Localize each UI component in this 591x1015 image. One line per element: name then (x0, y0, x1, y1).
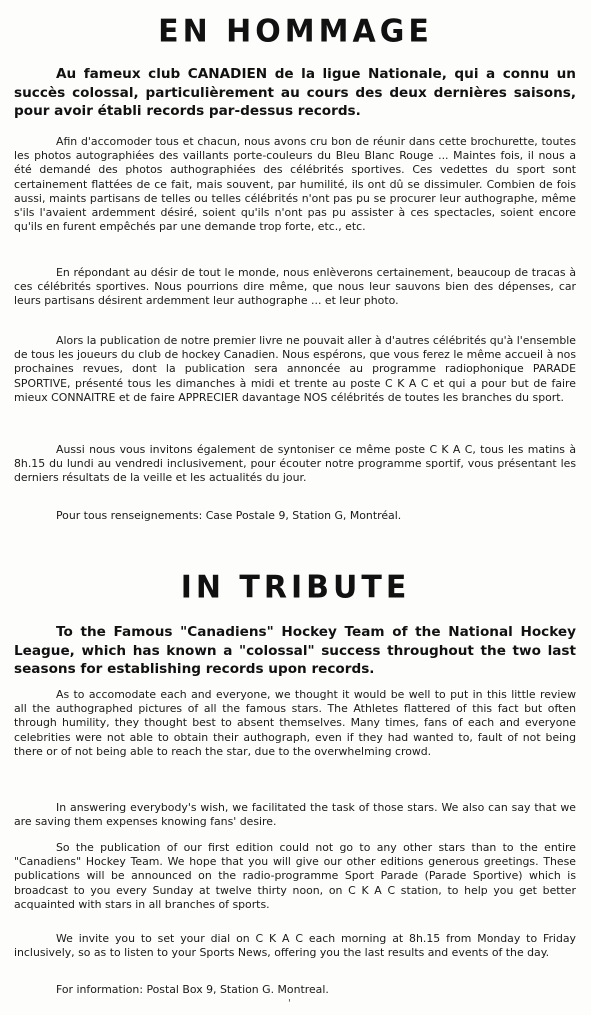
french-contact: Pour tous renseignements: Case Postale 9… (14, 509, 576, 523)
english-lead: To the Famous "Canadiens" Hockey Team of… (14, 623, 576, 679)
english-paragraph-3: So the publication of our first edition … (14, 841, 576, 912)
english-paragraph-1: As to accomodate each and everyone, we t… (14, 688, 576, 759)
english-title: IN TRIBUTE (0, 569, 591, 606)
french-paragraph-3: Alors la publication de notre premier li… (14, 334, 576, 405)
french-title: EN HOMMAGE (0, 13, 591, 50)
english-contact: For information: Postal Box 9, Station G… (14, 983, 576, 997)
document-page: EN HOMMAGE Au fameux club CANADIEN de la… (0, 0, 591, 1015)
french-paragraph-2: En répondant au désir de tout le monde, … (14, 266, 576, 309)
french-paragraph-4: Aussi nous vous invitons également de sy… (14, 443, 576, 486)
english-paragraph-2: In answering everybody's wish, we facili… (14, 801, 576, 829)
ink-mark: ' (288, 998, 298, 1008)
english-paragraph-4: We invite you to set your dial on C K A … (14, 932, 576, 960)
french-lead: Au fameux club CANADIEN de la ligue Nati… (14, 65, 576, 121)
french-paragraph-1: Afin d'accomoder tous et chacun, nous av… (14, 135, 576, 234)
